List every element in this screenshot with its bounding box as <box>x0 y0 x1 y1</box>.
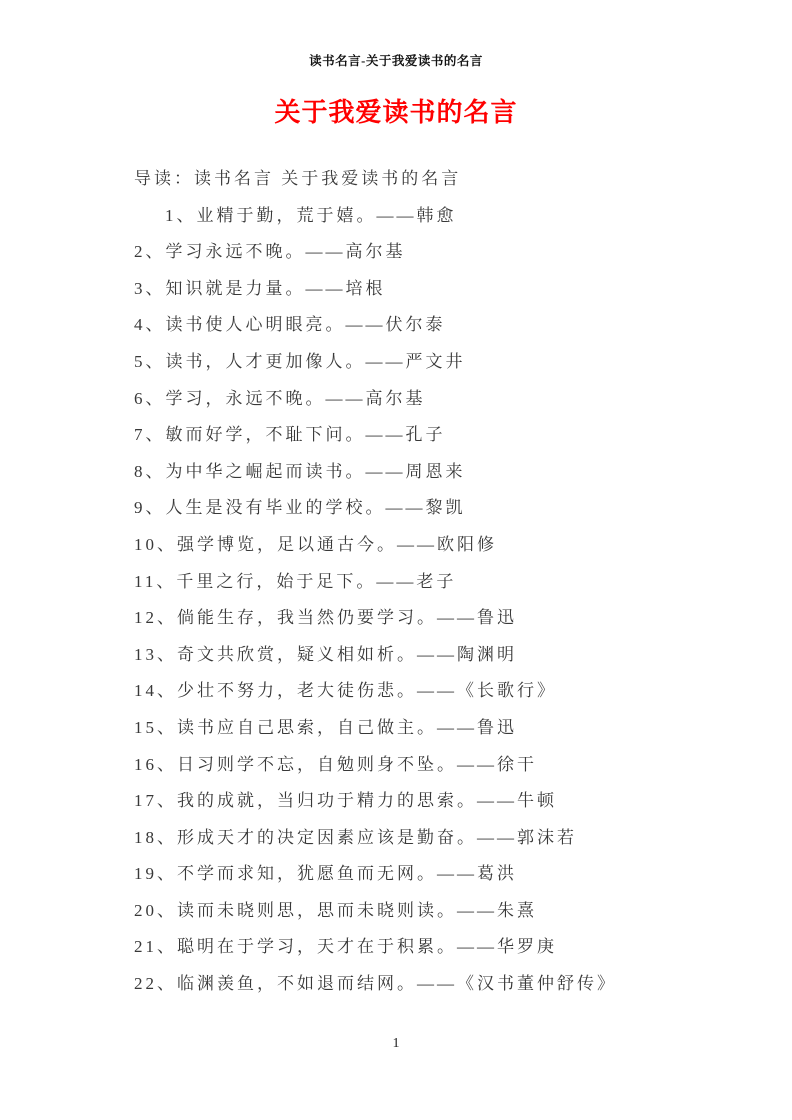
quote-line: 22、临渊羡鱼，不如退而结网。——《汉书董仲舒传》 <box>134 966 732 1003</box>
quote-line: 13、奇文共欣赏，疑义相如析。——陶渊明 <box>134 637 732 674</box>
quote-line: 1、业精于勤，荒于嬉。——韩愈 <box>134 198 732 235</box>
quote-line: 11、千里之行，始于足下。——老子 <box>134 564 732 601</box>
quote-line: 10、强学博览，足以通古今。——欧阳修 <box>134 527 732 564</box>
quote-line: 19、不学而求知，犹愿鱼而无网。——葛洪 <box>134 856 732 893</box>
page-number: 1 <box>0 1034 792 1054</box>
quote-line: 8、为中华之崛起而读书。——周恩来 <box>134 454 732 491</box>
quote-line: 20、读而未晓则思，思而未晓则读。——朱熹 <box>134 893 732 930</box>
document-page: 读书名言-关于我爱读书的名言 关于我爱读书的名言 导读：读书名言 关于我爱读书的… <box>0 0 792 1120</box>
quote-line: 5、读书，人才更加像人。——严文井 <box>134 344 732 381</box>
document-body: 导读：读书名言 关于我爱读书的名言 1、业精于勤，荒于嬉。——韩愈2、学习永远不… <box>134 161 732 1003</box>
quote-line: 9、人生是没有毕业的学校。——黎凯 <box>134 490 732 527</box>
quote-line: 17、我的成就，当归功于精力的思索。——牛顿 <box>134 783 732 820</box>
document-header: 读书名言-关于我爱读书的名言 <box>0 51 792 69</box>
quote-line: 16、日习则学不忘，自勉则身不坠。——徐干 <box>134 747 732 784</box>
quote-list: 1、业精于勤，荒于嬉。——韩愈2、学习永远不晚。——高尔基3、知识就是力量。——… <box>134 198 732 1003</box>
quote-line: 3、知识就是力量。——培根 <box>134 271 732 308</box>
quote-line: 6、学习，永远不晚。——高尔基 <box>134 381 732 418</box>
quote-line: 4、读书使人心明眼亮。——伏尔泰 <box>134 307 732 344</box>
quote-line: 2、学习永远不晚。——高尔基 <box>134 234 732 271</box>
quote-line: 18、形成天才的决定因素应该是勤奋。——郭沫若 <box>134 820 732 857</box>
page-title: 关于我爱读书的名言 <box>0 92 792 129</box>
intro-line: 导读：读书名言 关于我爱读书的名言 <box>134 161 732 198</box>
quote-line: 12、倘能生存，我当然仍要学习。——鲁迅 <box>134 600 732 637</box>
quote-line: 14、少壮不努力，老大徒伤悲。——《长歌行》 <box>134 673 732 710</box>
quote-line: 21、聪明在于学习，天才在于积累。——华罗庚 <box>134 929 732 966</box>
quote-line: 15、读书应自己思索，自己做主。——鲁迅 <box>134 710 732 747</box>
quote-line: 7、敏而好学，不耻下问。——孔子 <box>134 417 732 454</box>
